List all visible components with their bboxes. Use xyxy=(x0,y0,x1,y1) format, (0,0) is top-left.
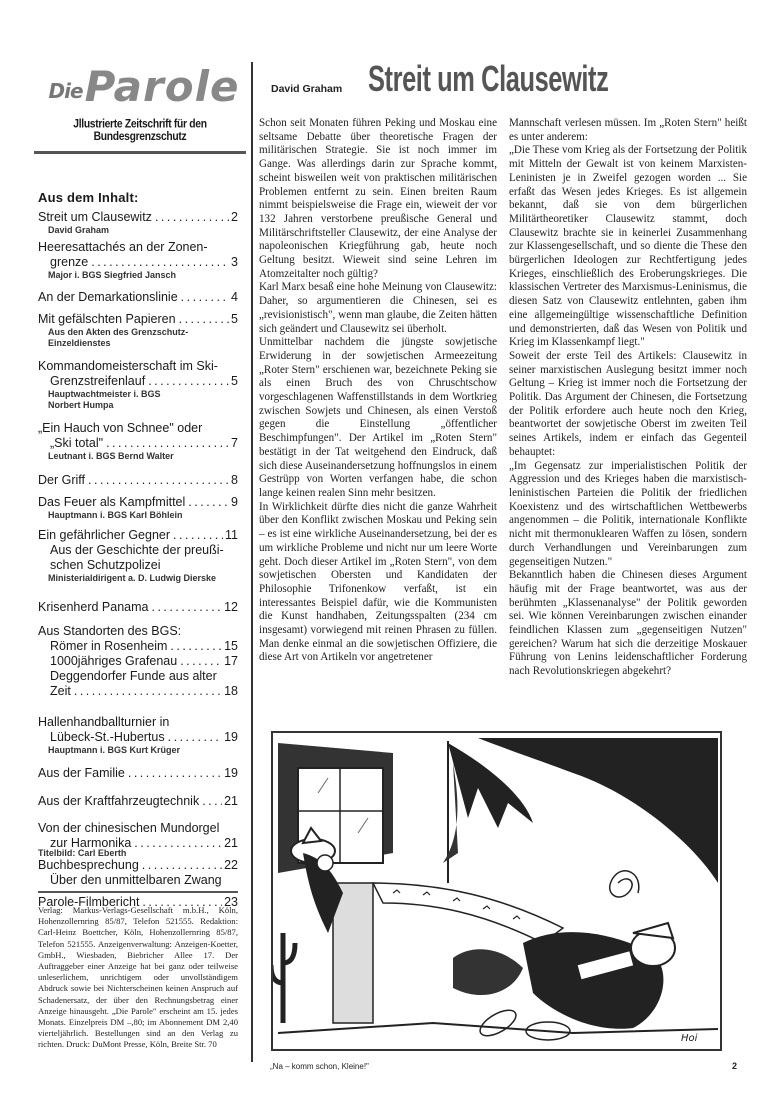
toc-author: Ministerialdirigent a. D. Ludwig Dierske xyxy=(38,573,238,584)
toc-entry[interactable]: Hallenhandballturnier inLübeck-St.-Huber… xyxy=(38,715,238,756)
toc-leader-dots: ........................................… xyxy=(152,210,229,225)
toc-line: Mit gefälschten Papieren................… xyxy=(38,312,238,327)
toc-entry[interactable]: Mit gefälschten Papieren................… xyxy=(38,312,238,349)
article-author: David Graham xyxy=(271,83,342,95)
toc-entry[interactable]: Aus der Familie.........................… xyxy=(38,766,238,781)
article-paragraph: Bekanntlich haben die Chinesen dieses Ar… xyxy=(509,569,747,679)
toc-leader-dots: ........................................… xyxy=(177,654,222,669)
article-paragraph: Karl Marx besaß eine hohe Meinung von Cl… xyxy=(259,281,497,336)
toc-author: Einzeldienstes xyxy=(38,338,238,349)
toc-line-title: Von der chinesischen Mundorgel xyxy=(38,821,219,836)
toc-page-number: 5 xyxy=(229,312,238,327)
toc-page-number: 21 xyxy=(222,836,238,851)
toc-line-title: Kommandomeisterschaft im Ski- xyxy=(38,359,218,374)
toc-line-title: 1000jähriges Grafenau xyxy=(50,654,177,669)
toc-line-title: Das Feuer als Kampfmittel xyxy=(38,495,185,510)
toc-line: Ein gefährlicher Gegner.................… xyxy=(38,528,238,543)
toc-entry[interactable]: Aus der Kraftfahrzeugtechnik............… xyxy=(38,794,238,809)
masthead: Die Parole Jllustrierte Zeitschrift für … xyxy=(34,60,246,205)
toc-line-title: Über den unmittelbaren Zwang xyxy=(50,873,222,888)
toc-entry[interactable]: Das Feuer als Kampfmittel...............… xyxy=(38,495,238,521)
logo-large: Parole xyxy=(85,66,240,108)
toc-line: Aus der Geschichte der preußi- xyxy=(38,543,238,558)
toc-line: Streit um Clausewitz....................… xyxy=(38,210,238,225)
toc-leader-dots: ........................................… xyxy=(148,600,222,615)
toc-line-title: Mit gefälschten Papieren xyxy=(38,312,176,327)
toc-author: Hauptmann i. BGS Karl Böhlein xyxy=(38,510,238,521)
article-paragraph: Mannschaft verlesen müssen. Im „Roten St… xyxy=(509,117,747,144)
toc-line-title: „Ski total" xyxy=(50,436,103,451)
toc-line: Krisenherd Panama.......................… xyxy=(38,600,238,615)
logo: Die Parole xyxy=(42,60,246,108)
toc-line: Lübeck-St.-Hubertus.....................… xyxy=(38,730,238,745)
toc-page-number: 22 xyxy=(222,858,238,873)
toc-line: Kommandomeisterschaft im Ski- xyxy=(38,359,238,374)
toc-line: Buchbesprechung.........................… xyxy=(38,858,238,873)
page-number: 2 xyxy=(732,1061,737,1071)
toc-entry[interactable]: Buchbesprechung.........................… xyxy=(38,858,238,888)
toc-line-title: Grenzstreifenlauf xyxy=(50,374,145,389)
toc-leader-dots: ........................................… xyxy=(139,858,222,873)
toc-leader-dots: ........................................… xyxy=(167,639,222,654)
toc-entry[interactable]: Heeresattachés an der Zonen-grenze......… xyxy=(38,240,238,281)
toc-page-number: 9 xyxy=(229,495,238,510)
toc-line: Über den unmittelbaren Zwang xyxy=(38,873,238,888)
toc-page-number: 2 xyxy=(229,210,238,225)
toc-leader-dots: ........................................… xyxy=(165,730,222,745)
column-divider xyxy=(251,62,253,1062)
article-paragraph: „Die These vom Krieg als der Fortsetzung… xyxy=(509,144,747,350)
toc-line: An der Demarkationslinie................… xyxy=(38,290,238,305)
toc-line: Römer in Rosenheim......................… xyxy=(38,639,238,654)
toc-page-number: 4 xyxy=(229,290,238,305)
toc-leader-dots: ........................................… xyxy=(178,290,229,305)
masthead-subtitle: Jllustrierte Zeitschrift für den Bundesg… xyxy=(34,118,246,143)
toc-page-number: 12 xyxy=(222,600,238,615)
toc-line-title: Zeit xyxy=(50,684,71,699)
toc-author: Hauptwachtmeister i. BGS xyxy=(38,389,238,400)
toc-leader-dots: ........................................… xyxy=(85,473,229,488)
toc-line-title: Streit um Clausewitz xyxy=(38,210,152,225)
toc-leader-dots: ........................................… xyxy=(170,528,223,543)
toc-page-number: 5 xyxy=(229,374,238,389)
toc-entry[interactable]: Von der chinesischen Mundorgelzur Harmon… xyxy=(38,821,238,851)
toc-entry[interactable]: Ein gefährlicher Gegner.................… xyxy=(38,528,238,584)
cover-credit: Titelbild: Carl Eberth xyxy=(38,848,126,858)
toc-line: Von der chinesischen Mundorgel xyxy=(38,821,238,836)
toc-author: Major i. BGS Siegfried Jansch xyxy=(38,270,238,281)
toc-line-title: Heeresattachés an der Zonen- xyxy=(38,240,208,255)
toc-line-title: Buchbesprechung xyxy=(38,858,139,873)
toc-line: Hallenhandballturnier in xyxy=(38,715,238,730)
cartoon-caption: „Na – komm schon, Kleine!" xyxy=(270,1062,369,1071)
article-paragraph: Schon seit Monaten führen Peking und Mos… xyxy=(259,117,497,281)
toc-line: „Ski total".............................… xyxy=(38,436,238,451)
toc-page-number: 17 xyxy=(222,654,238,669)
toc-author: Norbert Humpa xyxy=(38,400,238,411)
toc-line: schen Schutzpolizei xyxy=(38,558,238,573)
toc-page-number: 15 xyxy=(222,639,238,654)
toc-line-title: Aus Standorten des BGS: xyxy=(38,624,181,639)
toc-leader-dots: ........................................… xyxy=(145,374,229,389)
toc-leader-dots: ........................................… xyxy=(88,255,229,270)
toc-page-number: 11 xyxy=(223,528,238,543)
toc-leader-dots: ........................................… xyxy=(71,684,222,699)
cartoon-signature: Hoi xyxy=(681,1033,698,1044)
toc-line: Heeresattachés an der Zonen- xyxy=(38,240,238,255)
toc-leader-dots: ........................................… xyxy=(125,766,222,781)
toc-line-title: An der Demarkationslinie xyxy=(38,290,178,305)
toc-line-title: grenze xyxy=(50,255,88,270)
toc-line: Das Feuer als Kampfmittel...............… xyxy=(38,495,238,510)
cartoon: Hoi xyxy=(271,731,722,1051)
toc-entry[interactable]: Krisenherd Panama.......................… xyxy=(38,600,238,615)
toc-page-number: 19 xyxy=(222,730,238,745)
toc-page-number: 8 xyxy=(229,473,238,488)
toc-line: Der Griff...............................… xyxy=(38,473,238,488)
imprint-rule xyxy=(38,891,238,893)
toc-entry[interactable]: „Ein Hauch von Schnee" oder„Ski total"..… xyxy=(38,421,238,462)
toc-line: Aus der Familie.........................… xyxy=(38,766,238,781)
toc-line-title: Lübeck-St.-Hubertus xyxy=(50,730,165,745)
toc-author: David Graham xyxy=(38,225,238,236)
toc-line: Aus Standorten des BGS: xyxy=(38,624,238,639)
toc-line-title: Aus der Familie xyxy=(38,766,125,781)
toc-page-number: 18 xyxy=(222,684,238,699)
imprint: Verlag: Markus-Verlags-Gesellschaft m.b.… xyxy=(38,905,238,1051)
toc-line-title: Römer in Rosenheim xyxy=(50,639,167,654)
cartoon-illustration: Hoi xyxy=(273,733,720,1049)
toc-line: Grenzstreifenlauf.......................… xyxy=(38,374,238,389)
toc-leader-dots: ........................................… xyxy=(199,794,222,809)
toc-entry[interactable]: Streit um Clausewitz....................… xyxy=(38,210,238,236)
logo-small: Die xyxy=(49,79,83,103)
article-headline: Streit um Clausewitz xyxy=(368,58,608,100)
toc-line-title: Der Griff xyxy=(38,473,85,488)
toc-author: Hauptmann i. BGS Kurt Krüger xyxy=(38,745,238,756)
toc-author: Leutnant i. BGS Bernd Walter xyxy=(38,451,238,462)
toc-line-title: Aus der Kraftfahrzeugtechnik xyxy=(38,794,199,809)
toc-leader-dots: ........................................… xyxy=(131,836,222,851)
toc-line-title: Ein gefährlicher Gegner xyxy=(38,528,170,543)
toc-line-title: Krisenherd Panama xyxy=(38,600,148,615)
toc-line: grenze..................................… xyxy=(38,255,238,270)
toc-line-title: „Ein Hauch von Schnee" oder xyxy=(38,421,202,436)
toc-line-title: Deggendorfer Funde aus alter xyxy=(50,669,217,684)
article-column-2: Mannschaft verlesen müssen. Im „Roten St… xyxy=(509,117,747,679)
toc-line-title: Hallenhandballturnier in xyxy=(38,715,169,730)
toc-leader-dots: ........................................… xyxy=(176,312,229,327)
article-column-1: Schon seit Monaten führen Peking und Mos… xyxy=(259,117,497,665)
toc-leader-dots: ........................................… xyxy=(185,495,229,510)
article-paragraph: In Wirklichkeit dürfte dies nicht die ga… xyxy=(259,501,497,665)
article-paragraph: Unmittelbar nachdem die jüngste sowjetis… xyxy=(259,336,497,500)
toc-entry[interactable]: An der Demarkationslinie................… xyxy=(38,290,238,305)
article-paragraph: „Im Gegensatz zur imperialistischen Poli… xyxy=(509,460,747,570)
toc-line: Deggendorfer Funde aus alter xyxy=(38,669,238,684)
toc-line: „Ein Hauch von Schnee" oder xyxy=(38,421,238,436)
toc-entry[interactable]: Aus Standorten des BGS:Römer in Rosenhei… xyxy=(38,624,238,699)
toc-entry[interactable]: Kommandomeisterschaft im Ski-Grenzstreif… xyxy=(38,359,238,411)
toc-page-number: 19 xyxy=(222,766,238,781)
toc-line: Aus der Kraftfahrzeugtechnik............… xyxy=(38,794,238,809)
toc-page-number: 7 xyxy=(229,436,238,451)
toc-line-title: Aus der Geschichte der preußi- xyxy=(50,543,224,558)
masthead-rule xyxy=(34,151,246,154)
toc-entry[interactable]: Der Griff...............................… xyxy=(38,473,238,488)
toc-author: Aus den Akten des Grenzschutz- xyxy=(38,327,238,338)
toc-line-title: schen Schutzpolizei xyxy=(50,558,160,573)
toc-line: 1000jähriges Grafenau...................… xyxy=(38,654,238,669)
toc-line: Zeit....................................… xyxy=(38,684,238,699)
toc-page-number: 3 xyxy=(229,255,238,270)
toc-leader-dots: ........................................… xyxy=(103,436,229,451)
toc-title: Aus dem Inhalt: xyxy=(38,190,246,205)
article-paragraph: Soweit der erste Teil des Artikels: Clau… xyxy=(509,350,747,460)
toc-page-number: 21 xyxy=(222,794,238,809)
